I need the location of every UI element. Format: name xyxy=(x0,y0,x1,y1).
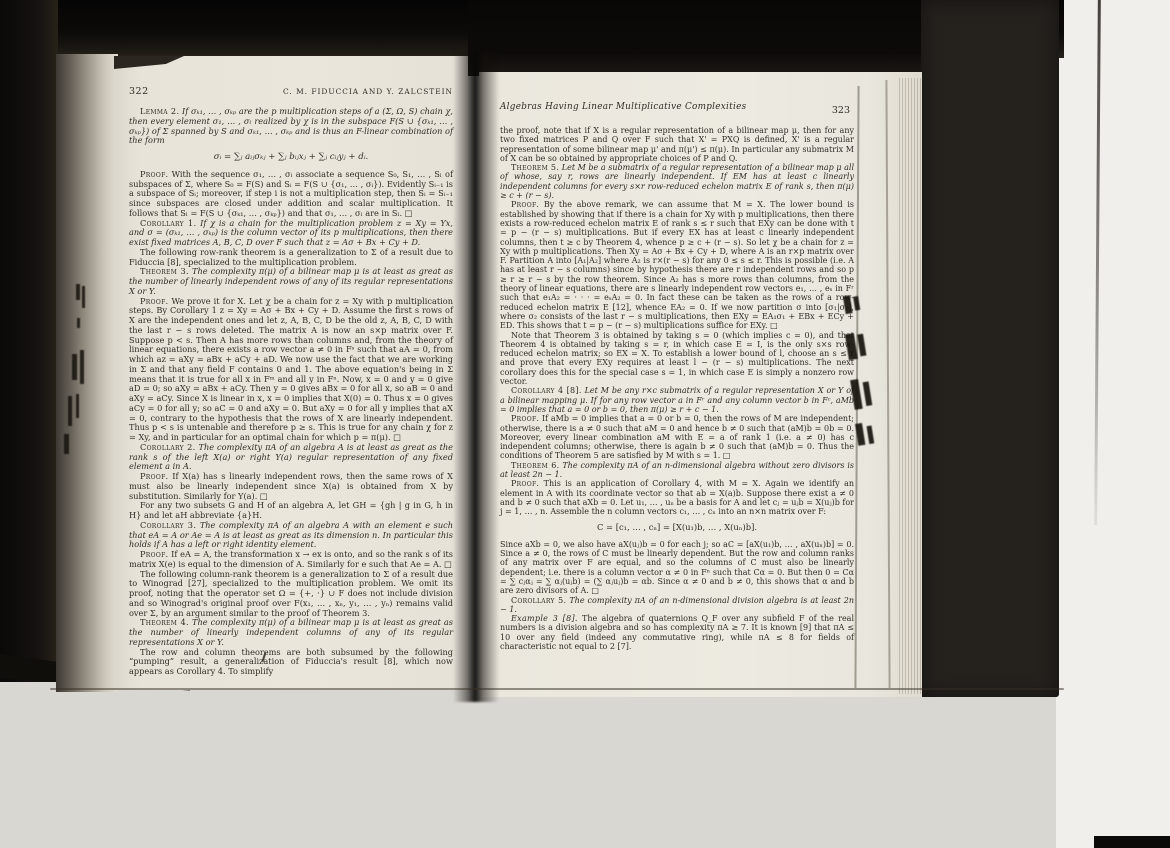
smudge-mark xyxy=(76,284,80,300)
note-theorem-3-4: Note that Theorem 3 is obtained by takin… xyxy=(500,331,854,387)
paragraph-label: Lemma 2. xyxy=(140,106,179,116)
smudge-mark xyxy=(867,425,875,444)
right-running-head: Algebras Having Linear Multiplicative Co… xyxy=(500,102,746,112)
smudge-mark xyxy=(68,396,72,426)
paragraph-text: For any two subsets G and H of an algebr… xyxy=(129,500,453,520)
paragraph-label: Example 3 [8]. xyxy=(511,614,578,623)
right-page-content: Algebras Having Linear Multiplicative Co… xyxy=(500,94,854,651)
proof-corollary-3: Proof. If eA = A, the transformation x →… xyxy=(129,550,453,570)
continuation-paragraph: the proof, note that if X is a regular r… xyxy=(500,126,854,163)
page-bottom-edge-line xyxy=(50,688,1064,690)
theorem-4: Theorem 4. The complexity π(μ) of a bili… xyxy=(129,618,453,647)
paragraph-label: Theorem 3. xyxy=(140,266,189,276)
proof-lemma-2: Proof. With the sequence σ₁, … , σₗ asso… xyxy=(129,170,453,219)
theorem-5: Theorem 5. Let M be a submatrix of a reg… xyxy=(500,163,854,200)
smudge-mark xyxy=(853,296,860,311)
paragraph-text: If aMb = 0 implies that a = 0 or b = 0, … xyxy=(500,414,854,460)
paragraph-text: By the above remark, we can assume that … xyxy=(500,200,854,330)
smudge-mark xyxy=(64,434,69,454)
paragraph-label: Proof. xyxy=(511,479,539,488)
paragraph-text: Since aXb = 0, we also have aX(uⱼ)b = 0 … xyxy=(500,540,854,595)
paragraph-text: If X(a) has s linearly independent rows,… xyxy=(129,471,453,501)
theorem-6: Theorem 6. The complexity πA of an n-dim… xyxy=(500,461,854,480)
corollary-3: Corollary 3. The complexity πA of an alg… xyxy=(129,521,453,550)
paragraph-label: Proof. xyxy=(140,169,168,179)
column-rank-intro: The following column-rank theorem is a g… xyxy=(129,570,453,619)
page-edge-speckle xyxy=(899,78,922,694)
book-spine-shadow xyxy=(453,52,499,702)
paragraph-text: With the sequence σ₁, … , σₗ associate a… xyxy=(129,169,453,218)
smudge-mark xyxy=(857,334,866,357)
proof-corollary-2: Proof. If X(a) has s linearly independen… xyxy=(129,472,453,501)
smudge-mark xyxy=(72,354,77,380)
smudge-mark xyxy=(850,379,863,410)
book-cover-black-block xyxy=(921,0,1059,697)
proof-theorem-6: Proof. This is an application of Corolla… xyxy=(500,479,854,516)
smudge-mark xyxy=(845,333,858,360)
left-page-content: 322 C. M. FIDUCCIA AND Y. ZALCSTEIN Lemm… xyxy=(129,86,453,677)
corollary-4: Corollary 4 [8]. Let M be any r×c submat… xyxy=(500,386,854,414)
scan-top-dark-band-right xyxy=(468,0,940,76)
scan-left-dark-margin xyxy=(0,0,58,682)
corollary-5: Corollary 5. The complexity πA of an n-d… xyxy=(500,596,854,615)
paragraph-label: Proof. xyxy=(511,200,539,209)
right-page-header: Algebras Having Linear Multiplicative Co… xyxy=(500,94,854,118)
corollary-1: Corollary 1. If χ is a chain for the mul… xyxy=(129,219,453,248)
theorem-3: Theorem 3. The complexity π(μ) of a bili… xyxy=(129,267,453,296)
left-page-header: 322 C. M. FIDUCCIA AND Y. ZALCSTEIN xyxy=(129,86,453,97)
equation-sigma: σᵢ = ∑ⱼ aᵢⱼσₖⱼ + ∑ⱼ bᵢⱼxⱼ + ∑ⱼ cᵢⱼyⱼ + d… xyxy=(129,153,453,163)
paragraph-text: the proof, note that if X is a regular r… xyxy=(500,126,854,163)
smudge-mark xyxy=(77,318,80,328)
paragraph-label: Corollary 3. xyxy=(140,520,196,530)
pumping-intro: The row and column theorems are both sub… xyxy=(129,648,453,677)
paragraph-text: If eA = A, the transformation x → ex is … xyxy=(129,549,453,569)
proof-theorem-3: Proof. We prove it for X. Let χ be a cha… xyxy=(129,297,453,443)
paragraph-text: The following row-rank theorem is a gene… xyxy=(129,247,453,267)
paragraph-label: Theorem 4. xyxy=(140,617,189,627)
left-running-head: C. M. FIDUCCIA AND Y. ZALCSTEIN xyxy=(283,87,453,96)
right-page-number: 323 xyxy=(832,105,850,116)
left-page-number: 322 xyxy=(129,86,149,97)
example-3: Example 3 [8]. The algebra of quaternion… xyxy=(500,614,854,651)
smudge-mark xyxy=(76,394,79,418)
equation-text: C = [c₁, … , cₙ] = [X(u₁)b, … , X(uₙ)b]. xyxy=(597,522,757,532)
row-rank-intro: The following row-rank theorem is a gene… xyxy=(129,248,453,268)
left-page: 322 C. M. FIDUCCIA AND Y. ZALCSTEIN Lemm… xyxy=(114,56,468,690)
paragraph-label: Proof. xyxy=(140,296,168,306)
smudge-mark xyxy=(863,381,873,406)
smudge-mark xyxy=(843,295,853,314)
paragraph-label: Corollary 2. xyxy=(140,442,196,452)
scanned-book-spread: { "left_page": { "page_number": "322", "… xyxy=(0,0,1170,848)
equation-text: σᵢ = ∑ⱼ aᵢⱼσₖⱼ + ∑ⱼ bᵢⱼxⱼ + ∑ⱼ cᵢⱼyⱼ + d… xyxy=(214,152,369,162)
paragraph-label: Proof. xyxy=(140,549,168,559)
paragraph-text: The following column-rank theorem is a g… xyxy=(129,569,453,618)
paragraph-text: This is an application of Corollary 4, w… xyxy=(500,479,854,516)
smudge-mark xyxy=(80,350,84,384)
proof-corollary-4: Proof. If aMb = 0 implies that a = 0 or … xyxy=(500,414,854,460)
paragraph-text: The row and column theorems are both sub… xyxy=(129,647,453,677)
proof-theorem-6-cont: Since aXb = 0, we also have aX(uⱼ)b = 0 … xyxy=(500,540,854,596)
paragraph-label: Theorem 6. xyxy=(511,461,559,470)
paragraph-label: Theorem 5. xyxy=(511,163,559,172)
smudge-mark xyxy=(82,286,85,308)
corollary-2: Corollary 2. The complexity πA of an alg… xyxy=(129,443,453,472)
subsets-note: For any two subsets G and H of an algebr… xyxy=(129,501,453,521)
paragraph-text: We prove it for X. Let χ be a chain for … xyxy=(129,296,453,443)
lemma-2: Lemma 2. If σₖ₁, … , σₖₚ are the p multi… xyxy=(129,107,453,146)
bleedthrough-marks-left xyxy=(58,284,94,470)
paragraph-label: Corollary 1. xyxy=(140,218,196,228)
paragraph-label: Proof. xyxy=(511,414,539,423)
paragraph-label: Corollary 4 [8]. xyxy=(511,386,582,395)
paragraph-label: Corollary 5. xyxy=(511,596,566,605)
paragraph-text: Note that Theorem 3 is obtained by takin… xyxy=(500,331,854,386)
scanner-light-margin xyxy=(1056,0,1170,848)
equation-matrix-c: C = [c₁, … , cₙ] = [X(u₁)b, … , X(uₙ)b]. xyxy=(500,523,854,532)
proof-theorem-5: Proof. By the above remark, we can assum… xyxy=(500,200,854,330)
paragraph-label: Proof. xyxy=(140,471,168,481)
scan-bottom-right-corner xyxy=(1094,836,1170,848)
